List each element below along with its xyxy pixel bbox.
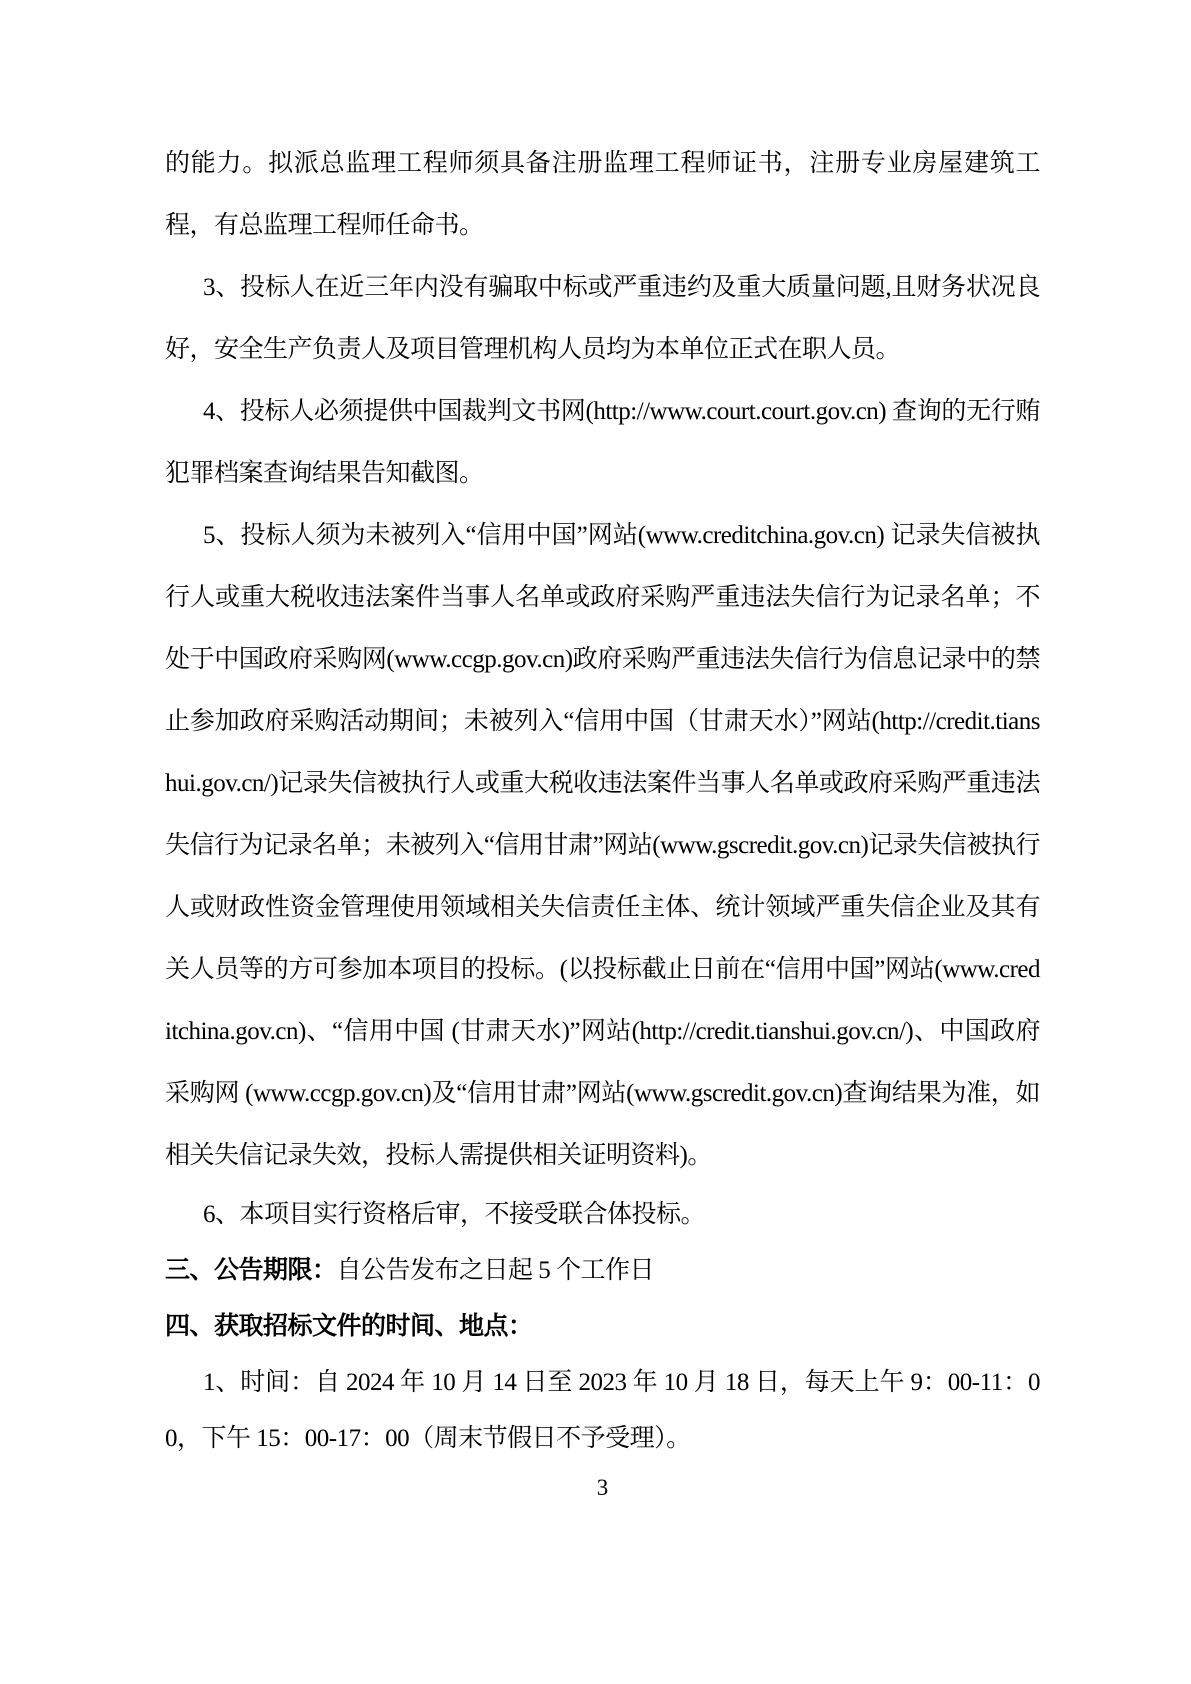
section-3-label: 三、公告期限： (165, 1257, 337, 1284)
paragraph-item-6: 6、本项目实行资格后审，不接受联合体投标。 (165, 1187, 1040, 1243)
page-number: 3 (165, 1473, 1040, 1503)
paragraph-time-location: 1、时间：自 2024 年 10 月 14 日至 2023 年 10 月 18 … (165, 1355, 1040, 1467)
paragraph-continuation: 的能力。拟派总监理工程师须具备注册监理工程师证书，注册专业房屋建筑工程，有总监理… (165, 133, 1040, 257)
section-heading-obtain-documents: 四、获取招标文件的时间、地点： (165, 1299, 1040, 1355)
paragraph-item-5: 5、投标人须为未被列入“信用中国”网站(www.creditchina.gov.… (165, 505, 1040, 1187)
document-page: 的能力。拟派总监理工程师须具备注册监理工程师证书，注册专业房屋建筑工程，有总监理… (0, 0, 1191, 1684)
paragraph-item-3: 3、投标人在近三年内没有骗取中标或严重违约及重大质量问题,且财务状况良好，安全生… (165, 257, 1040, 381)
paragraph-item-4: 4、投标人必须提供中国裁判文书网(http://www.court.court.… (165, 381, 1040, 505)
section-heading-announcement-period: 三、公告期限：自公告发布之日起 5 个工作日 (165, 1243, 1040, 1299)
section-3-text: 自公告发布之日起 5 个工作日 (337, 1257, 655, 1284)
